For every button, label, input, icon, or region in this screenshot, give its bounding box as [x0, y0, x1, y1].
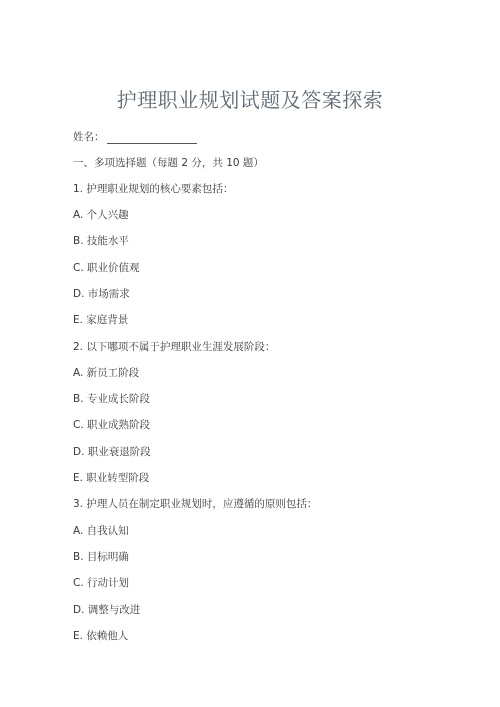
- question-2-option-c: C. 职业成熟阶段: [73, 418, 150, 432]
- question-2-stem: 2. 以下哪项不属于护理职业生涯发展阶段：: [73, 340, 275, 354]
- question-2-option-e: E. 职业转型阶段: [73, 471, 149, 485]
- document-page: 护理职业规划试题及答案探索 姓名： 一、多项选择题（每题 2 分，共 10 题）…: [0, 0, 500, 707]
- name-label: 姓名：: [73, 130, 105, 144]
- section-heading: 一、多项选择题（每题 2 分，共 10 题）: [73, 156, 264, 170]
- question-3-option-b: B. 目标明确: [73, 550, 129, 564]
- question-1-option-d: D. 市场需求: [73, 287, 130, 301]
- question-3-option-e: E. 依赖他人: [73, 629, 128, 643]
- name-blank-line: [107, 133, 197, 144]
- question-1-option-c: C. 职业价值观: [73, 261, 140, 275]
- question-3-option-a: A. 自我认知: [73, 524, 129, 538]
- question-2-option-b: B. 专业成长阶段: [73, 392, 150, 406]
- question-2-option-d: D. 职业衰退阶段: [73, 445, 151, 459]
- question-3-option-d: D. 调整与改进: [73, 603, 140, 617]
- question-3-option-c: C. 行动计划: [73, 576, 129, 590]
- document-title: 护理职业规划试题及答案探索: [0, 84, 500, 113]
- question-2-option-a: A. 新员工阶段: [73, 366, 139, 380]
- question-1-option-e: E. 家庭背景: [73, 313, 128, 327]
- question-3-stem: 3. 护理人员在制定职业规划时，应遵循的原则包括：: [73, 497, 317, 511]
- question-1-option-a: A. 个人兴趣: [73, 208, 129, 222]
- question-1-option-b: B. 技能水平: [73, 234, 129, 248]
- name-field-row: 姓名：: [73, 130, 197, 144]
- question-1-stem: 1. 护理职业规划的核心要素包括：: [73, 182, 233, 196]
